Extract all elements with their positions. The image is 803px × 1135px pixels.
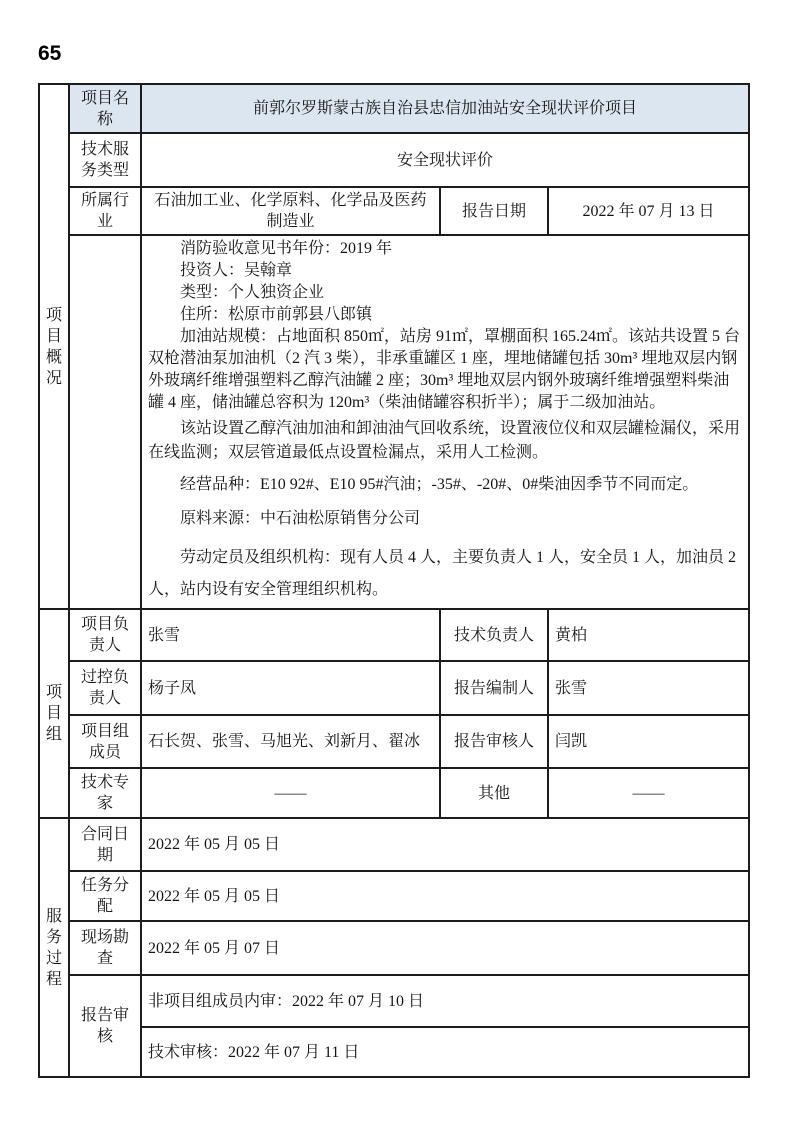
group-label-process: 服务过程 [39, 818, 69, 1077]
project-info-table: 项目概况 项目名称 前郭尔罗斯蒙古族自治县忠信加油站安全现状评价项目 技术服务类… [38, 83, 750, 1078]
overview-line-fire-acceptance: 消防验收意见书年份：2019 年 [148, 238, 742, 260]
report-compiler-label: 报告编制人 [440, 661, 548, 715]
overview-line-type: 类型：个人独资企业 [148, 282, 742, 304]
report-review-technical: 技术审核：2022 年 07 月 11 日 [141, 1027, 749, 1077]
other-label: 其他 [440, 768, 548, 818]
tech-leader-label: 技术负责人 [440, 609, 548, 661]
team-members-value: 石长贺、张雪、马旭光、刘新月、翟冰 [141, 715, 440, 768]
overview-line-source: 原料来源：中石油松原销售分公司 [148, 508, 742, 530]
overview-body: 消防验收意见书年份：2019 年 投资人：吴翰章 类型：个人独资企业 住所：松原… [141, 235, 749, 609]
row-overview-body: 消防验收意见书年份：2019 年 投资人：吴翰章 类型：个人独资企业 住所：松原… [39, 235, 749, 609]
row-report-review-2: 技术审核：2022 年 07 月 11 日 [39, 1027, 749, 1077]
row-project-leader: 项目组 项目负责人 张雪 技术负责人 黄柏 [39, 609, 749, 661]
report-review-internal: 非项目组成员内审：2022 年 07 月 10 日 [141, 975, 749, 1027]
row-experts: 技术专家 —— 其他 —— [39, 768, 749, 818]
task-assign-label: 任务分配 [69, 871, 141, 921]
site-survey-label: 现场勘查 [69, 921, 141, 975]
page-number: 65 [38, 42, 61, 66]
overview-para-systems: 该站设置乙醇汽油加油和卸油油气回收系统，设置液位仪和双层罐检漏仪，采用在线监测；… [148, 417, 742, 465]
group-label-overview: 项目概况 [39, 84, 69, 609]
report-date-label: 报告日期 [440, 187, 548, 235]
service-type-value: 安全现状评价 [141, 133, 749, 187]
group-label-team: 项目组 [39, 609, 69, 818]
process-control-value: 杨子凤 [141, 661, 440, 715]
industry-value: 石油加工业、化学原料、化学品及医药制造业 [141, 187, 440, 235]
other-value: —— [548, 768, 749, 818]
tech-leader-value: 黄柏 [548, 609, 749, 661]
overview-para-staff: 劳动定员及组织机构：现有人员 4 人，主要负责人 1 人，安全员 1 人，加油员… [148, 542, 742, 606]
project-name-value: 前郭尔罗斯蒙古族自治县忠信加油站安全现状评价项目 [141, 84, 749, 133]
site-survey-value: 2022 年 05 月 07 日 [141, 921, 749, 975]
report-reviewer-label: 报告审核人 [440, 715, 548, 768]
project-name-label: 项目名称 [69, 84, 141, 133]
row-report-review-1: 报告审核 非项目组成员内审：2022 年 07 月 10 日 [39, 975, 749, 1027]
experts-label: 技术专家 [69, 768, 141, 818]
report-reviewer-value: 闫凯 [548, 715, 749, 768]
row-team-members: 项目组成员 石长贺、张雪、马旭光、刘新月、翟冰 报告审核人 闫凯 [39, 715, 749, 768]
overview-para-scale: 加油站规模：占地面积 850㎡，站房 91㎡，罩棚面积 165.24㎡。该站共设… [148, 326, 742, 414]
row-service-type: 技术服务类型 安全现状评价 [39, 133, 749, 187]
team-members-label: 项目组成员 [69, 715, 141, 768]
report-date-value: 2022 年 07 月 13 日 [548, 187, 749, 235]
row-process-control: 过控负责人 杨子凤 报告编制人 张雪 [39, 661, 749, 715]
process-control-label: 过控负责人 [69, 661, 141, 715]
row-task-assign: 任务分配 2022 年 05 月 05 日 [39, 871, 749, 921]
overview-body-label-empty [69, 235, 141, 609]
report-compiler-value: 张雪 [548, 661, 749, 715]
industry-label: 所属行业 [69, 187, 141, 235]
experts-value: —— [141, 768, 440, 818]
row-site-survey: 现场勘查 2022 年 05 月 07 日 [39, 921, 749, 975]
contract-date-value: 2022 年 05 月 05 日 [141, 818, 749, 871]
report-review-label: 报告审核 [69, 975, 141, 1077]
row-project-name: 项目概况 项目名称 前郭尔罗斯蒙古族自治县忠信加油站安全现状评价项目 [39, 84, 749, 133]
row-industry: 所属行业 石油加工业、化学原料、化学品及医药制造业 报告日期 2022 年 07… [39, 187, 749, 235]
project-leader-label: 项目负责人 [69, 609, 141, 661]
contract-date-label: 合同日期 [69, 818, 141, 871]
overview-line-address: 住所：松原市前郭县八郎镇 [148, 304, 742, 326]
task-assign-value: 2022 年 05 月 05 日 [141, 871, 749, 921]
service-type-label: 技术服务类型 [69, 133, 141, 187]
overview-line-investor: 投资人：吴翰章 [148, 260, 742, 282]
row-contract-date: 服务过程 合同日期 2022 年 05 月 05 日 [39, 818, 749, 871]
overview-line-products: 经营品种：E10 92#、E10 95#汽油；-35#、-20#、0#柴油因季节… [148, 474, 742, 496]
project-leader-value: 张雪 [141, 609, 440, 661]
